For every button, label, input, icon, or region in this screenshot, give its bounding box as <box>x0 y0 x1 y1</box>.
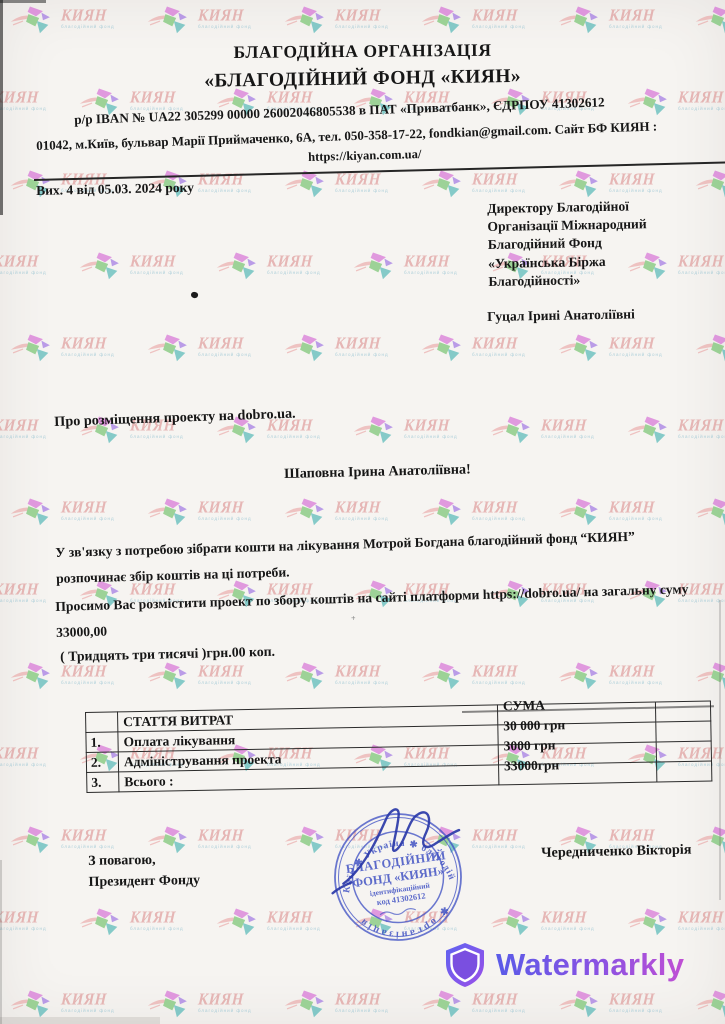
expenses-table: СТАТТЯ ВИТРАТ СУМА 1. Оплата лікування 3… <box>85 701 712 793</box>
cell-extra <box>656 721 711 742</box>
org-name-line1: БЛАГОДІЙНА ОРГАНІЗАЦІЯ <box>0 38 725 65</box>
cell-extra <box>657 761 712 782</box>
recipient-name: Гуцал Ірині Анатоліївні <box>487 306 635 325</box>
scan-edge-artifact <box>0 1017 160 1024</box>
ink-dot-artifact <box>190 291 199 299</box>
scanned-letter-page: КИЯНблагодійний фонд КИЯНблагодійний фон… <box>0 0 725 1024</box>
cell-extra <box>656 741 711 762</box>
cell-num: 3. <box>87 772 119 793</box>
watermarkly-shield-icon <box>443 942 487 988</box>
subject-line: Про розміщення проекту на dobro.ua. <box>54 406 296 431</box>
scan-edge-artifact <box>0 0 3 215</box>
addressee-line: Благодійності» <box>488 270 647 291</box>
addressee-line: Організації Міжнародний <box>487 215 646 236</box>
closing-regards-line: З повагою, <box>88 849 200 872</box>
org-name-line2: «БЛАГОДІЙНИЙ ФОНД «КИЯН» <box>0 63 725 96</box>
cell-num: 1. <box>86 732 118 753</box>
scan-edge-artifact <box>719 600 721 900</box>
scan-edge-artifact <box>0 860 2 1024</box>
watermarkly-badge: Watermarkly <box>443 942 684 988</box>
addressee-block: Директору Благодійної Організації Міжнар… <box>487 197 648 291</box>
watermarkly-label: Watermarkly <box>496 947 684 983</box>
body-paragraph-3: ( Тридцять три тисячі )грн.00 коп. <box>60 644 275 665</box>
salutation: Шаповна Ірина Анатоліївна! <box>284 461 471 483</box>
closing-regards: З повагою, Президент Фонду <box>88 849 200 893</box>
header-cell-extra <box>655 701 710 722</box>
scan-edge-artifact <box>0 0 46 3</box>
signatory-name: Чередниченко Вікторія <box>541 842 692 862</box>
closing-title-line: Президент Фонду <box>88 870 200 893</box>
header-cell-empty <box>86 712 118 733</box>
cell-num: 2. <box>86 752 118 773</box>
outgoing-ref: Вих. 4 від 05.03. 2024 року <box>36 180 194 199</box>
header-divider <box>34 161 725 181</box>
speck-artifact: + <box>351 616 357 622</box>
site-url: https://kiyan.com.ua/ <box>308 147 422 165</box>
letter-content: БЛАГОДІЙНА ОРГАНІЗАЦІЯ «БЛАГОДІЙНИЙ ФОНД… <box>0 0 725 1024</box>
cell-sum: 33000грн <box>499 762 657 785</box>
